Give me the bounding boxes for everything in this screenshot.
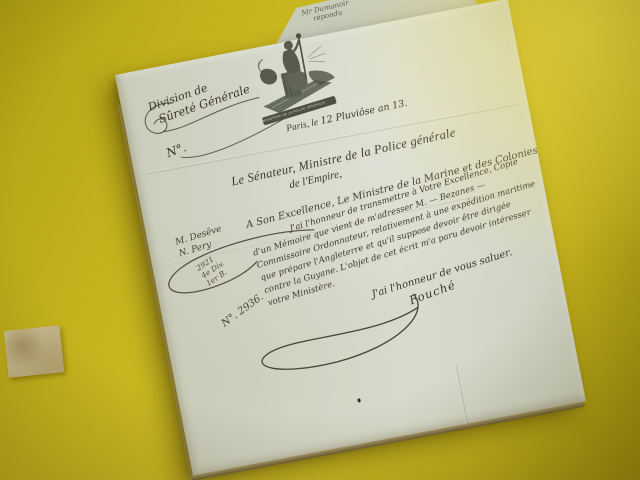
sticker <box>4 325 65 378</box>
photo-background: Mr Dumanoir répondu Division de Sûreté G… <box>0 0 640 480</box>
top-right-annotation: Mr Dumanoir répondu <box>301 0 351 25</box>
ink-speck <box>357 398 361 402</box>
letter-paper: Division de Sûreté Générale N°. <box>115 0 586 477</box>
paper-deckle-bottom <box>191 402 585 480</box>
paper-crease <box>455 365 469 426</box>
